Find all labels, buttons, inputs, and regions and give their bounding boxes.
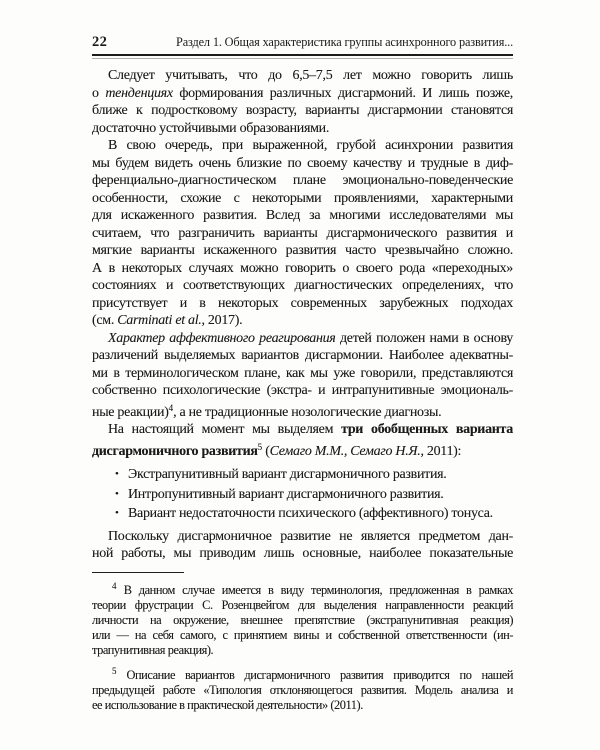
text-segment: А в некоторых случаях можно говорить о с… bbox=[92, 261, 513, 276]
text-segment: , 2017). bbox=[202, 313, 243, 328]
text-line: В свою очередь, при выраженной, грубой а… bbox=[92, 137, 513, 155]
text-line: или — на себя самого, с принятием вины и… bbox=[92, 628, 513, 643]
footnote: 4 В данном случае имеется в виду термино… bbox=[92, 579, 513, 659]
running-head: Раздел 1. Общая характеристика группы ас… bbox=[176, 35, 513, 50]
body-paragraph: Характер аффективного реагирования детей… bbox=[92, 330, 513, 422]
text-segment: дисгармоничного развития bbox=[92, 444, 258, 459]
text-line: Характер аффективного реагирования детей… bbox=[92, 330, 513, 348]
text-segment: формирования различных дисгармоний. И ли… bbox=[173, 86, 513, 101]
text-segment: три обобщенных варианта bbox=[341, 422, 513, 437]
body-paragraph: В свою очередь, при выраженной, грубой а… bbox=[92, 137, 513, 330]
body-paragraph: Следует учитывать, что до 6,5–7,5 лет мо… bbox=[92, 67, 513, 137]
footnotes: 4 В данном случае имеется в виду термино… bbox=[92, 579, 513, 714]
bullet-dot-icon: • bbox=[115, 504, 128, 523]
text-line: Поскольку дисгармоничное развитие не явл… bbox=[92, 528, 513, 546]
text-line: 4 В данном случае имеется в виду термино… bbox=[92, 579, 513, 598]
bullet-item: •Экстрапунитивный вариант дисгармоничног… bbox=[92, 465, 513, 485]
text-line: мягкие варианты искаженного развития час… bbox=[92, 242, 513, 260]
text-segment: На настоящий момент мы выделяем bbox=[108, 422, 341, 437]
page-header: 22 Раздел 1. Общая характеристика группы… bbox=[92, 34, 513, 51]
page-content: 22 Раздел 1. Общая характеристика группы… bbox=[92, 34, 513, 713]
text-segment: особенности, схожие с некоторыми проявле… bbox=[92, 191, 513, 206]
text-line: считаем, что разграничить варианты дисга… bbox=[92, 225, 513, 243]
text-segment: различений выделяемых вариантов дисгармо… bbox=[92, 348, 513, 363]
text-line: ной работы, мы приводим лишь основные, н… bbox=[92, 545, 513, 563]
text-line: присутствует и в некоторых современных з… bbox=[92, 295, 513, 313]
text-line: А в некоторых случаях можно говорить о с… bbox=[92, 260, 513, 278]
text-segment: ной работы, мы приводим лишь основные, н… bbox=[92, 546, 513, 561]
text-line: для искаженного развития. Вслед за многи… bbox=[92, 207, 513, 225]
header-rule bbox=[92, 54, 513, 59]
text-line: собственно психологические (экстра- и ин… bbox=[92, 382, 513, 400]
text-segment: ( bbox=[262, 444, 270, 459]
text-segment: тенденциях bbox=[105, 86, 172, 101]
text-segment: для искаженного развития. Вслед за многи… bbox=[92, 208, 513, 223]
text-line: о тенденциях формирования различных дисг… bbox=[92, 85, 513, 103]
text-segment: Описание вариантов дисгармоничного разви… bbox=[117, 668, 514, 682]
text-line: Следует учитывать, что до 6,5–7,5 лет мо… bbox=[92, 67, 513, 85]
body-paragraph: На настоящий момент мы выделяем три обоб… bbox=[92, 421, 513, 460]
text-line: достаточно устойчивыми образованиями. bbox=[92, 120, 513, 138]
text-line: мы будем видеть очень близкие по своему … bbox=[92, 155, 513, 173]
text-line: трапунитивная реакция). bbox=[92, 643, 513, 658]
text-line: ные реакции)4, а не традиционные нозолог… bbox=[92, 400, 513, 422]
text-segment: мягкие варианты искаженного развития час… bbox=[92, 243, 513, 258]
text-line: предыдущей работе «Типология отклоняющег… bbox=[92, 683, 513, 698]
text-segment: трапунитивная реакция). bbox=[92, 643, 213, 657]
text-segment: ные реакции) bbox=[92, 405, 169, 420]
text-segment: В данном случае имеется в виду терминоло… bbox=[117, 583, 514, 597]
bullet-item: •Интропунитивный вариант дисгармоничного… bbox=[92, 485, 513, 505]
text-segment: Carminati et al. bbox=[117, 313, 201, 328]
text-segment: ближе к подростковому возрасту, варианты… bbox=[92, 103, 513, 118]
text-segment: Поскольку дисгармоничное развитие не явл… bbox=[108, 529, 513, 544]
text-segment: , а не традиционные нозологические диагн… bbox=[173, 405, 441, 420]
text-segment: Семаго М.М., Семаго Н.Я. bbox=[270, 444, 421, 459]
footnote-separator bbox=[92, 572, 184, 573]
footnote: 5 Описание вариантов дисгармоничного раз… bbox=[92, 664, 513, 714]
text-segment: (см. bbox=[92, 313, 117, 328]
body-paragraph: Поскольку дисгармоничное развитие не явл… bbox=[92, 528, 513, 563]
text-segment: мы будем видеть очень близкие по своему … bbox=[92, 156, 513, 171]
bullet-text: Вариант недостаточности психического (аф… bbox=[128, 506, 493, 521]
text-line: различений выделяемых вариантов дисгармо… bbox=[92, 347, 513, 365]
text-segment: В свою очередь, при выраженной, грубой а… bbox=[108, 138, 513, 153]
text-line: ее использование в практической деятельн… bbox=[92, 698, 513, 713]
text-segment: присутствует и в некоторых современных з… bbox=[92, 296, 513, 311]
bullet-list: •Экстрапунитивный вариант дисгармоничног… bbox=[92, 465, 513, 524]
bullet-dot-icon: • bbox=[115, 465, 128, 484]
text-line: ближе к подростковому возрасту, варианты… bbox=[92, 102, 513, 120]
text-segment: или — на себя самого, с принятием вины и… bbox=[92, 628, 513, 642]
text-line: 5 Описание вариантов дисгармоничного раз… bbox=[92, 664, 513, 683]
scanned-book-page: 22 Раздел 1. Общая характеристика группы… bbox=[0, 0, 600, 750]
text-line: ми в терминологическом плане, как мы уже… bbox=[92, 365, 513, 383]
text-segment: ми в терминологическом плане, как мы уже… bbox=[92, 366, 513, 381]
bullet-text: Экстрапунитивный вариант дисгармоничного… bbox=[128, 467, 447, 482]
text-segment: ференциально-диагностическом плане эмоци… bbox=[92, 173, 513, 188]
text-segment: Характер аффективного реагирования bbox=[108, 331, 336, 346]
text-segment: о bbox=[92, 86, 105, 101]
text-segment: считаем, что разграничить варианты дисга… bbox=[92, 226, 513, 241]
bullet-dot-icon: • bbox=[115, 485, 128, 504]
body-text: Следует учитывать, что до 6,5–7,5 лет мо… bbox=[92, 67, 513, 563]
text-segment: Следует учитывать, что до 6,5–7,5 лет мо… bbox=[108, 68, 513, 83]
page-number: 22 bbox=[92, 34, 107, 51]
text-segment: предыдущей работе «Типология отклоняющег… bbox=[92, 683, 513, 697]
text-line: (см. Carminati et al., 2017). bbox=[92, 312, 513, 330]
text-line: ференциально-диагностическом плане эмоци… bbox=[92, 172, 513, 190]
text-segment: , 2011): bbox=[421, 444, 462, 459]
text-line: особенности, схожие с некоторыми проявле… bbox=[92, 190, 513, 208]
bullet-item: •Вариант недостаточности психического (а… bbox=[92, 504, 513, 524]
text-line: личности на окружение, внешнее препятств… bbox=[92, 613, 513, 628]
text-line: дисгармоничного развития5 (Семаго М.М., … bbox=[92, 439, 513, 461]
text-segment: теории фрустрации С. Розенцвейгом для вы… bbox=[92, 598, 513, 612]
bullet-text: Интропунитивный вариант дисгармоничного … bbox=[128, 487, 443, 502]
text-segment: личности на окружение, внешнее препятств… bbox=[92, 613, 513, 627]
text-segment: состояниях и соответствующих диагностиче… bbox=[92, 278, 513, 293]
text-segment: ее использование в практической деятельн… bbox=[92, 698, 363, 712]
text-line: состояниях и соответствующих диагностиче… bbox=[92, 277, 513, 295]
text-segment: детей положен нами в основу bbox=[336, 331, 513, 346]
text-segment: достаточно устойчивыми образованиями. bbox=[92, 121, 329, 136]
text-segment: собственно психологические (экстра- и ин… bbox=[92, 383, 513, 398]
text-line: На настоящий момент мы выделяем три обоб… bbox=[92, 421, 513, 439]
text-line: теории фрустрации С. Розенцвейгом для вы… bbox=[92, 598, 513, 613]
